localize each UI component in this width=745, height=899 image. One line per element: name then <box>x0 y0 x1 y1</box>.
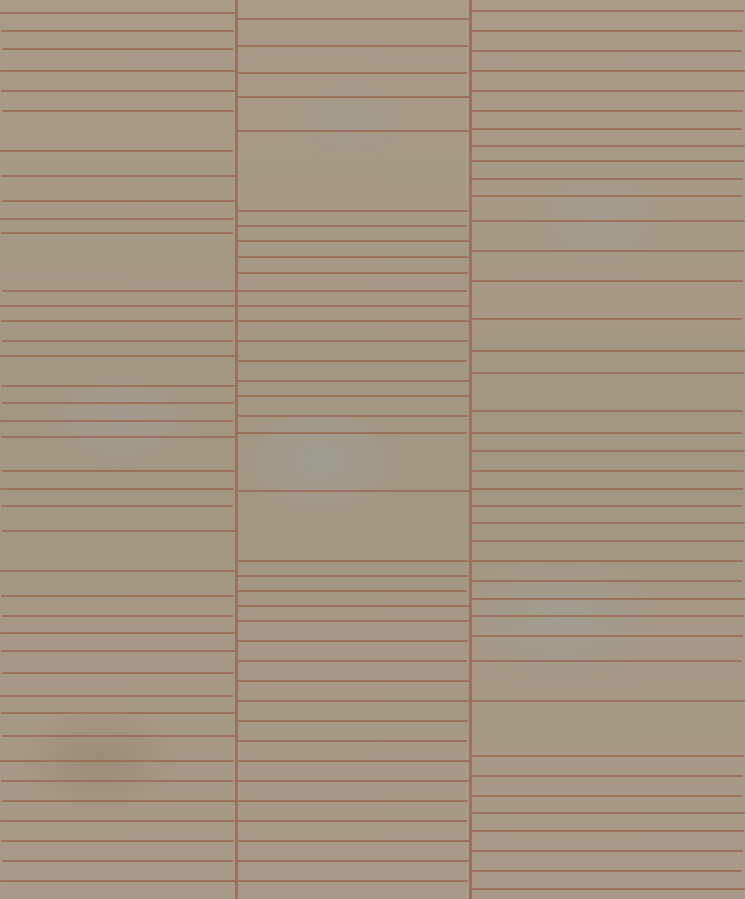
ridge-line <box>472 160 744 162</box>
ridge-line <box>1 320 234 322</box>
ridge-line <box>237 45 468 47</box>
ridge-line <box>238 256 469 258</box>
ridge-line <box>0 420 233 422</box>
ridge-line <box>2 48 233 50</box>
ridge-line <box>472 110 743 112</box>
ridge-line <box>2 800 236 802</box>
ridge-line <box>2 860 233 862</box>
ridge-line <box>1 840 234 842</box>
ridge-line <box>237 820 467 822</box>
ridge-line <box>0 70 236 72</box>
pattern-column <box>236 0 470 899</box>
ridge-line <box>472 220 745 222</box>
ridge-line <box>470 70 745 72</box>
ridge-line <box>236 680 470 682</box>
ridge-line <box>237 880 468 882</box>
ridge-line <box>1 650 235 652</box>
ridge-line <box>237 240 470 242</box>
ridge-line <box>2 402 234 404</box>
ridge-line <box>470 660 742 662</box>
ridge-line <box>236 18 469 20</box>
ridge-line <box>470 888 745 890</box>
ridge-line <box>472 50 742 52</box>
ridge-line <box>238 660 467 662</box>
column-divider <box>469 0 472 899</box>
ridge-line <box>236 380 470 382</box>
ridge-line <box>470 128 742 130</box>
ridge-line <box>471 560 743 562</box>
ridge-line <box>471 700 745 702</box>
ridge-line <box>0 632 236 634</box>
ridge-line <box>236 620 469 622</box>
ridge-line <box>0 880 236 882</box>
ridge-line <box>238 560 469 562</box>
ridge-line <box>238 780 469 782</box>
ridge-line <box>2 340 233 342</box>
ridge-line <box>1 595 234 597</box>
ridge-line <box>2 530 236 532</box>
ridge-line <box>1 175 236 177</box>
ridge-line <box>237 130 469 132</box>
ridge-line <box>470 598 745 600</box>
ridge-line <box>238 305 470 307</box>
ridge-line <box>2 615 233 617</box>
ridge-line <box>472 870 742 872</box>
ridge-line <box>237 340 468 342</box>
ridge-line <box>1 712 236 714</box>
ridge-line <box>238 72 467 74</box>
ridge-line <box>0 820 235 822</box>
ridge-line <box>0 218 234 220</box>
ridge-line <box>470 488 743 490</box>
ridge-line <box>471 145 745 147</box>
ridge-line <box>0 695 233 697</box>
wallpaper-texture <box>0 0 745 899</box>
ridge-line <box>0 12 235 14</box>
column-divider <box>235 0 238 899</box>
ridge-line <box>470 830 744 832</box>
ridge-line <box>0 760 234 762</box>
ridge-line <box>237 395 469 397</box>
ridge-line <box>470 775 743 777</box>
ridge-line <box>236 96 470 98</box>
ridge-line <box>2 200 235 202</box>
ridge-line <box>471 450 745 452</box>
ridge-line <box>2 110 234 112</box>
ridge-line <box>471 30 743 32</box>
ridge-line <box>472 755 744 757</box>
ridge-line <box>471 195 742 197</box>
ridge-line <box>237 700 469 702</box>
ridge-line <box>2 672 234 674</box>
ridge-line <box>470 350 745 352</box>
pattern-column <box>0 0 236 899</box>
ridge-line <box>471 850 743 852</box>
ridge-line <box>237 760 470 762</box>
ridge-line <box>471 90 744 92</box>
ridge-line <box>472 812 745 814</box>
ridge-line <box>1 30 234 32</box>
ridge-line <box>472 470 744 472</box>
ridge-line <box>236 575 468 577</box>
ridge-line <box>236 320 469 322</box>
ridge-line <box>470 10 744 12</box>
ridge-line <box>236 432 467 434</box>
ridge-line <box>0 305 235 307</box>
ridge-line <box>0 488 234 490</box>
ridge-line <box>238 360 467 362</box>
ridge-line <box>0 355 236 357</box>
ridge-line <box>238 415 468 417</box>
ridge-line <box>2 290 236 292</box>
ridge-line <box>472 410 743 412</box>
ridge-line <box>471 280 743 282</box>
ridge-line <box>470 432 742 434</box>
ridge-line <box>238 840 470 842</box>
ridge-line <box>237 490 470 492</box>
ridge-line <box>237 290 467 292</box>
ridge-line <box>237 590 467 592</box>
ridge-line <box>472 522 745 524</box>
ridge-line <box>2 470 235 472</box>
ridge-line <box>471 505 742 507</box>
ridge-line <box>236 800 468 802</box>
ridge-line <box>470 540 744 542</box>
ridge-line <box>472 635 743 637</box>
ridge-line <box>472 580 742 582</box>
ridge-line <box>238 720 468 722</box>
ridge-line <box>237 640 468 642</box>
ridge-line <box>1 232 233 234</box>
ridge-line <box>1 436 236 438</box>
ridge-line <box>0 150 233 152</box>
ridge-line <box>1 385 235 387</box>
ridge-line <box>0 570 235 572</box>
ridge-line <box>472 318 742 320</box>
ridge-line <box>236 225 467 227</box>
ridge-line <box>1 505 233 507</box>
pattern-column <box>470 0 745 899</box>
ridge-line <box>238 210 468 212</box>
ridge-line <box>236 272 468 274</box>
ridge-line <box>1 780 233 782</box>
ridge-line <box>471 795 742 797</box>
ridge-line <box>470 178 743 180</box>
ridge-line <box>236 860 469 862</box>
ridge-line <box>470 250 744 252</box>
ridge-line <box>236 740 467 742</box>
ridge-line <box>2 735 235 737</box>
ridge-line <box>471 372 744 374</box>
ridge-line <box>238 605 470 607</box>
ridge-line <box>1 90 235 92</box>
ridge-line <box>471 615 744 617</box>
